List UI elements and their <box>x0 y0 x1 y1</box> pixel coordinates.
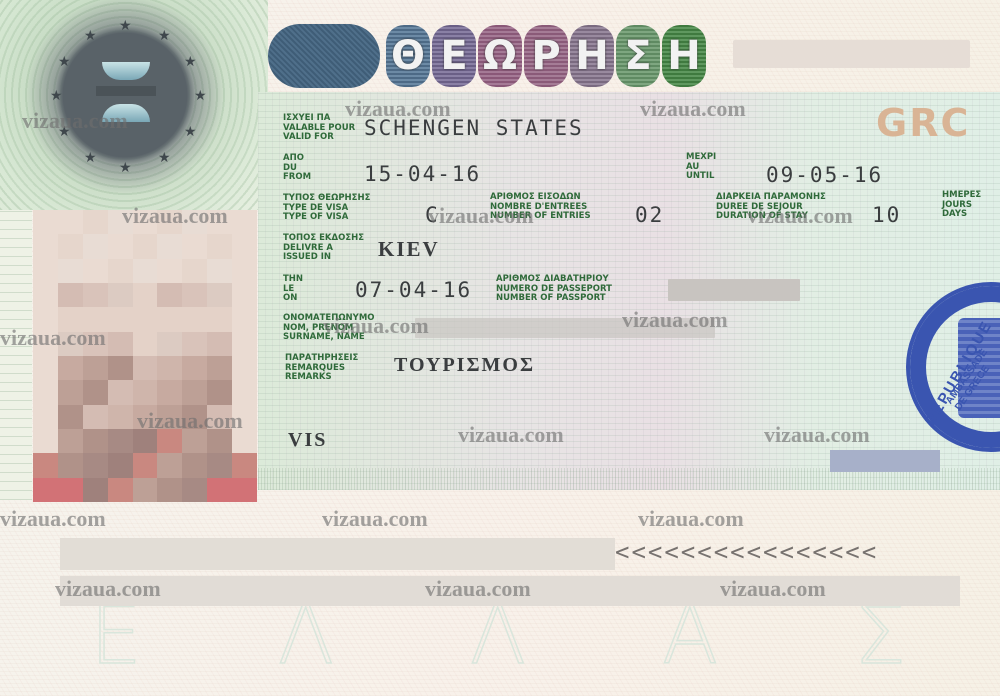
on-value: 07-04-16 <box>355 278 472 302</box>
issued-in-value: KIEV <box>378 237 440 262</box>
emblem-bar <box>96 86 156 96</box>
title-letter: Ε <box>432 25 476 87</box>
eu-star-icon: ★ <box>119 18 132 32</box>
eu-star-icon: ★ <box>84 28 97 42</box>
watermark: vizaua.com <box>640 96 746 122</box>
remarks-label: ΠΑΡΑΤΗΡΗΣΕΙΣ REMARQUES REMARKS <box>285 354 358 383</box>
eu-star-icon: ★ <box>50 88 63 102</box>
days-unit-label: ΗΜΕΡΕΣ JOURS DAYS <box>942 191 981 220</box>
mrz-line-1-filler: <<<<<<<<<<<<<<<< <box>615 538 878 566</box>
eu-star-icon: ★ <box>184 54 197 68</box>
watermark: vizaua.com <box>747 203 853 229</box>
eu-star-icon: ★ <box>158 28 171 42</box>
watermark: vizaua.com <box>345 96 451 122</box>
holder-photo-pixelated <box>33 210 257 502</box>
issued-in-label: ΤΟΠΟΣ ΕΚΔΟΣΗΣ DELIVRE A ISSUED IN <box>283 234 364 263</box>
watermark: vizaua.com <box>122 203 228 229</box>
title-letter: Η <box>570 25 614 87</box>
until-label: ΜΕΧΡΙ AU UNTIL <box>686 153 716 182</box>
watermark: vizaua.com <box>323 313 429 339</box>
title-letter: Θ <box>386 25 430 87</box>
redacted-visa-number <box>733 40 970 68</box>
mrz-line-1-redacted <box>60 538 615 570</box>
watermark: vizaua.com <box>428 203 534 229</box>
title-letter: Ρ <box>524 25 568 87</box>
title-letter: Η <box>662 25 706 87</box>
title-letter: Σ <box>616 25 660 87</box>
redacted-signature <box>830 450 940 472</box>
type-of-visa-label: ΤΥΠΟΣ ΘΕΩΡΗΣΗΣ TYPE DE VISA TYPE OF VISA <box>283 194 370 223</box>
eu-star-icon: ★ <box>158 150 171 164</box>
remarks-value: ΤΟΥΡΙΣΜΟΣ <box>394 354 535 377</box>
duration-value: 10 <box>872 203 901 227</box>
eu-star-icon: ★ <box>184 124 197 138</box>
until-value: 09-05-16 <box>766 163 883 187</box>
watermark: vizaua.com <box>55 576 161 602</box>
country-code: GRC <box>876 101 970 145</box>
entries-value: 02 <box>635 203 664 227</box>
watermark: vizaua.com <box>425 576 531 602</box>
watermark: vizaua.com <box>0 506 106 532</box>
from-label: ΑΠΟ DU FROM <box>283 154 311 183</box>
watermark: vizaua.com <box>22 108 128 134</box>
redacted-passport-number <box>668 279 800 301</box>
watermark: vizaua.com <box>458 422 564 448</box>
vis-marker: VIS <box>288 429 327 452</box>
on-label: ΤΗΝ LE ON <box>283 275 303 304</box>
security-strip <box>0 210 32 500</box>
watermark: vizaua.com <box>622 307 728 333</box>
watermark: vizaua.com <box>764 422 870 448</box>
watermark: vizaua.com <box>638 506 744 532</box>
eu-star-icon: ★ <box>84 150 97 164</box>
banner-oval-ornament <box>268 24 380 88</box>
passport-number-label: ΑΡΙΘΜΟΣ ΔΙΑΒΑΤΗΡΙΟΥ NUMERO DE PASSEPORT … <box>496 275 612 304</box>
title-letter: Ω <box>478 25 522 87</box>
eu-star-icon: ★ <box>194 88 207 102</box>
watermark: vizaua.com <box>322 506 428 532</box>
visa-title-banner: Θ Ε Ω Ρ Η Σ Η <box>268 18 708 94</box>
eu-star-icon: ★ <box>58 54 71 68</box>
watermark: vizaua.com <box>0 325 106 351</box>
watermark: vizaua.com <box>720 576 826 602</box>
from-value: 15-04-16 <box>364 162 481 186</box>
watermark: vizaua.com <box>137 408 243 434</box>
eu-star-icon: ★ <box>119 160 132 174</box>
